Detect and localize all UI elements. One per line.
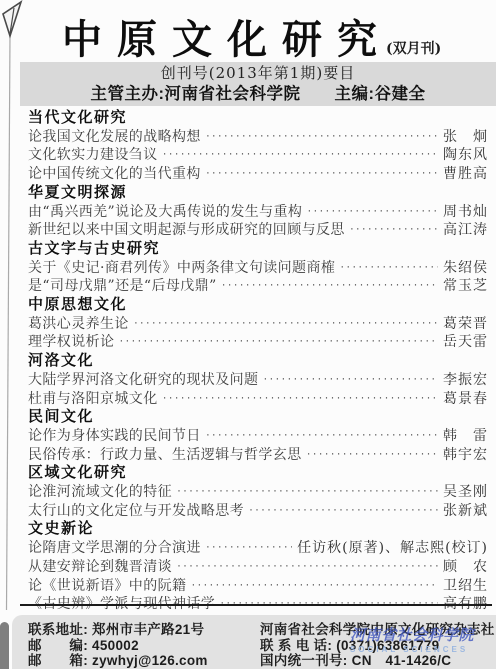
entry-author: 张 炯 [443,128,488,147]
dot-leader [307,201,438,220]
entry-title: 论淮河流域文化的特征 [28,483,172,502]
entry-title: 从建安辩论到魏晋清谈 [28,558,172,577]
journal-toc-page: 中原文化研究(双月刊) 创刊号(2013年第1期)要目 主管主办:河南省社会科学… [0,0,496,669]
masthead: 中原文化研究(双月刊) [62,8,441,65]
dot-leader [263,369,438,388]
entry-author: 李振宏 [443,371,488,390]
watermark-en-text: SOCIAL SCIENCES [350,643,474,656]
entry-author: 陶东风 [443,146,488,165]
issue-line: 创刊号(2013年第1期)要目 [20,63,496,84]
entry-title: 由“禹兴西羌”说论及大禹传说的发生与重构 [28,203,302,222]
toc-entry: 理学权说析论岳天雷 [28,333,488,352]
editor-label: 主编:谷建全 [335,85,426,103]
entry-title: 论《世说新语》中的阮籍 [28,577,186,596]
toc-entry: 新世纪以来中国文明起源与形成研究的回顾与反思高江涛 [28,221,488,240]
entry-author: 吴圣刚 [443,483,488,502]
dot-leader [206,425,438,444]
entry-title: 杜甫与洛阳京城文化 [28,390,158,409]
dot-leader [177,556,438,575]
entry-title: 民俗传承：行政力量、生活逻辑与哲学玄思 [28,446,302,465]
watermark-cn-text: 河南省社会科学院 [350,629,474,642]
entry-title: 太行山的文化定位与开发战略思考 [28,502,244,521]
dot-leader [177,481,438,500]
entry-title: 葛洪心灵养生论 [28,315,129,334]
dot-leader [163,388,438,407]
issue-band: 创刊号(2013年第1期)要目 主管主办:河南省社会科学院主编:谷建全 [20,62,496,106]
dot-leader [206,126,438,145]
dot-leader [191,575,438,594]
entry-author: 曹胜高 [443,165,488,184]
dot-leader [119,331,438,350]
entry-author: 岳天雷 [443,333,488,352]
journal-title: 中原文化研究 [62,16,392,63]
toc: 当代文化研究论我国文化发展的战略构想张 炯文化软实力建设刍议陶东风论中国传统文化… [28,109,488,614]
entry-title: 论作为身体实践的民间节日 [28,427,201,446]
entry-author: 韩宇宏 [443,446,488,465]
entry-author: 葛荣晋 [443,315,488,334]
entry-author: 张新斌 [443,502,488,521]
footer-zip: 邮 编: 450002 [28,638,260,654]
entry-title: 论中国传统文化的当代重构 [28,165,201,184]
footer-address: 联系地址: 郑州市丰产路21号 [28,622,260,638]
entry-title: 是“司母戊鼎”还是“后母戊鼎” [28,277,217,296]
entry-author: 高江涛 [443,221,488,240]
dot-leader [206,163,438,182]
dot-leader [307,444,438,463]
journal-frequency: (双月刊) [386,41,441,57]
toc-entry: 杜甫与洛阳京城文化葛景春 [28,390,488,409]
entry-author: 朱绍侯 [443,259,488,278]
dot-leader [220,593,438,612]
footer-email: 邮 箱: zywhyj@126.com [28,653,260,669]
dot-leader [249,500,438,519]
entry-author: 葛景春 [443,390,488,409]
dot-leader [222,275,438,294]
entry-author: 顾 农 [443,558,488,577]
dot-leader [350,219,438,238]
entry-title: 文化软实力建设刍议 [28,146,158,165]
entry-author: 常玉芝 [443,277,488,296]
publisher-label: 主管主办:河南省社会科学院 [91,85,301,103]
entry-title: 新世纪以来中国文明起源与形成研究的回顾与反思 [28,221,345,240]
divider-rule [20,604,492,606]
entry-author: 周书灿 [443,203,488,222]
entry-title: 论隋唐文学思潮的分合演进 [28,539,201,558]
entry-author: 韩 雷 [443,427,488,446]
dot-leader [134,313,438,332]
entry-author: 卫绍生 [443,577,488,596]
entry-title: 理学权说析论 [28,333,114,352]
dot-leader [163,144,438,163]
dot-leader [340,257,438,276]
page-curl [0,622,9,669]
watermark-stamp: 河南省社会科学院 SOCIAL SCIENCES [350,629,474,656]
dot-leader [206,537,292,556]
toc-entry: 是“司母戊鼎”还是“后母戊鼎”常玉芝 [28,277,488,296]
publisher-line: 主管主办:河南省社会科学院主编:谷建全 [20,84,496,105]
toc-entry: 论中国传统文化的当代重构曹胜高 [28,165,488,184]
pen-nib-icon [0,0,24,620]
toc-entry: 民俗传承：行政力量、生活逻辑与哲学玄思韩宇宏 [28,446,488,465]
toc-entry: 太行山的文化定位与开发战略思考张新斌 [28,502,488,521]
